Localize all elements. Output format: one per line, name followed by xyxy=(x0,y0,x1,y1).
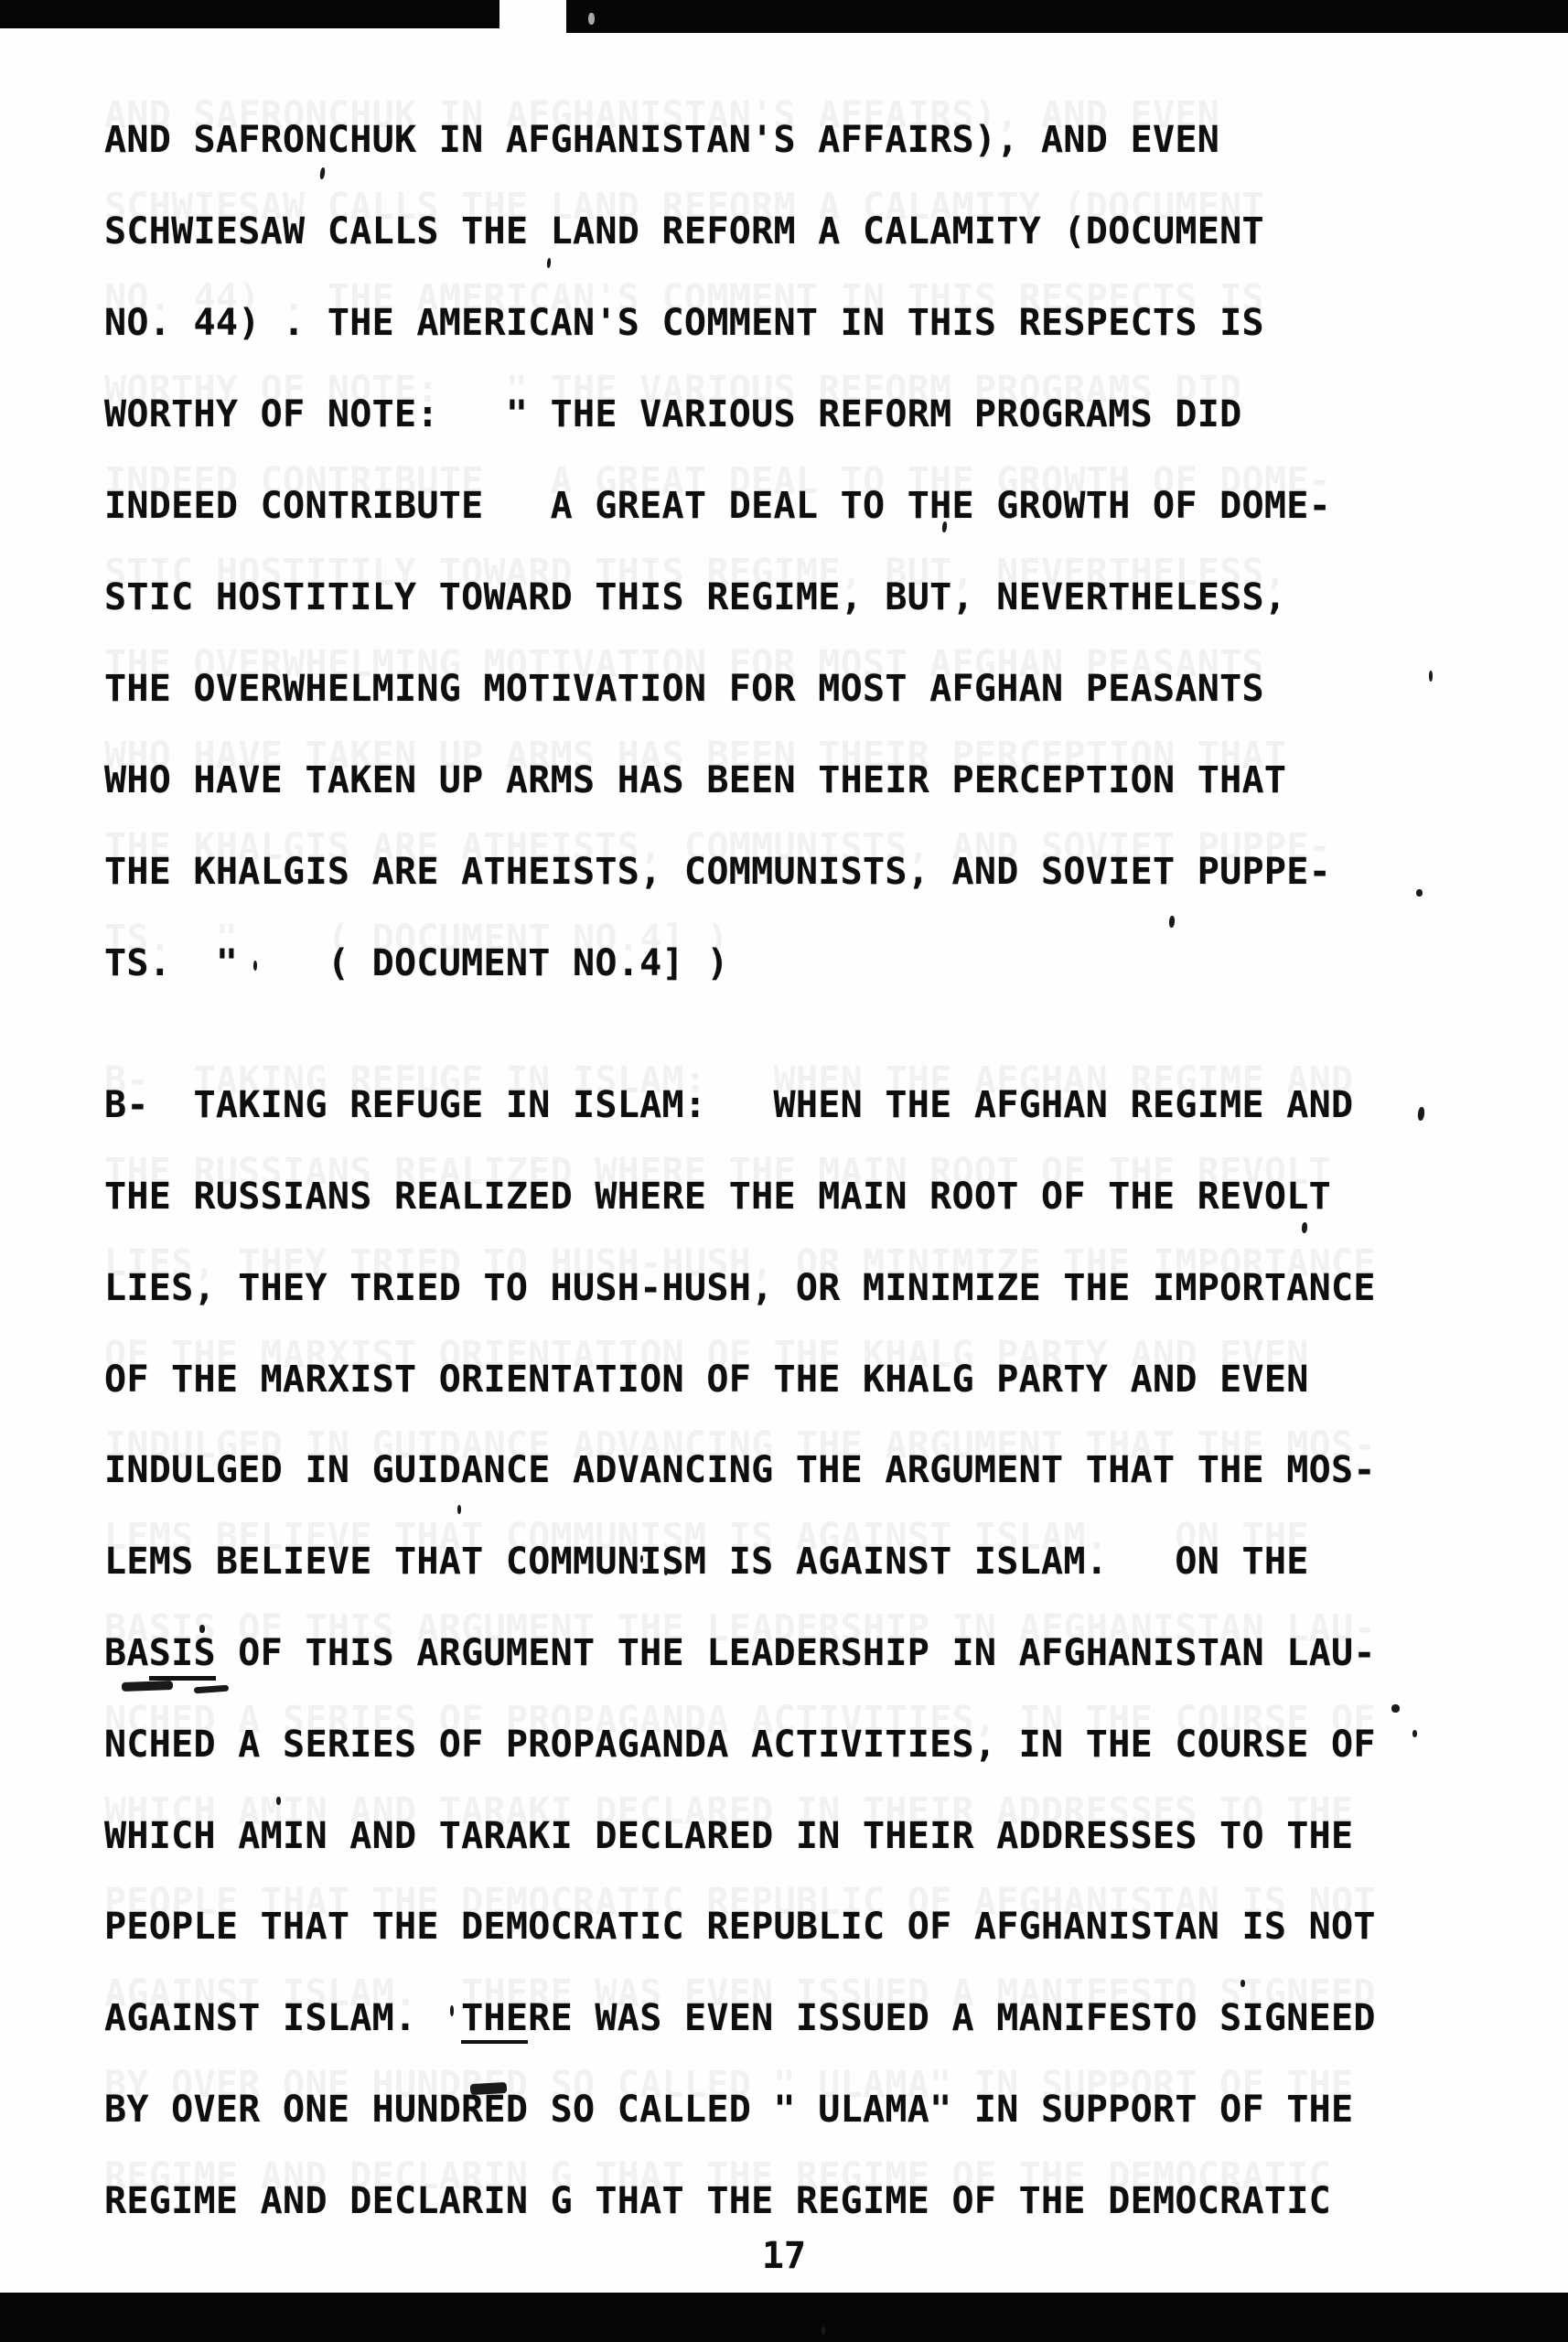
scan-artifact xyxy=(457,1505,461,1514)
text-line: PEOPLE THAT THE DEMOCRATIC REPUBLIC OF A… xyxy=(104,1908,1376,1945)
scan-artifact xyxy=(1416,889,1423,897)
scan-artifact xyxy=(1417,1107,1425,1122)
scan-artifact-underline-smudge xyxy=(470,2082,508,2095)
scan-artifact xyxy=(588,13,595,25)
scan-artifact xyxy=(822,2326,825,2335)
scan-edge-bar-top-left xyxy=(0,0,499,28)
text-line: WORTHY OF NOTE: " THE VARIOUS REFORM PRO… xyxy=(104,396,1241,433)
text-line: THE KHALGIS ARE ATHEISTS, COMMUNISTS, AN… xyxy=(104,854,1331,890)
text-line: AND SAFRONCHUK IN AFGHANISTAN'S AFFAIRS)… xyxy=(104,122,1219,158)
text-line: WHICH AMIN AND TARAKI DECLARED IN THEIR … xyxy=(104,1818,1353,1854)
scan-artifact xyxy=(1412,1730,1417,1737)
text-line: NO. 44) . THE AMERICAN'S COMMENT IN THIS… xyxy=(104,305,1264,341)
scan-artifact xyxy=(319,167,326,180)
scan-artifact xyxy=(253,961,257,971)
page-number: 17 xyxy=(0,2235,1568,2277)
text-line: LIES, THEY TRIED TO HUSH-HUSH, OR MINIMI… xyxy=(104,1270,1376,1306)
scan-artifact-underline-smudge xyxy=(122,1681,173,1692)
text-line: SCHWIESAW CALLS THE LAND REFORM A CALAMI… xyxy=(104,213,1264,250)
underlined-word: SIS xyxy=(149,1632,216,1681)
scan-artifact xyxy=(1240,1980,1245,1987)
text-line: THE OVERWHELMING MOTIVATION FOR MOST AFG… xyxy=(104,671,1264,707)
scanned-document-page: AND SAFRONCHUK IN AFGHANISTAN'S AFFAIRS)… xyxy=(0,0,1568,2342)
text-line: BY OVER ONE HUNDRED SO CALLED " ULAMA" I… xyxy=(104,2091,1353,2128)
text-line: AGAINST ISLAM. THERE WAS EVEN ISSUED A M… xyxy=(104,2000,1376,2036)
text-line: TS. " ( DOCUMENT NO.4] ) xyxy=(104,945,729,982)
scan-artifact xyxy=(1391,1704,1400,1713)
text-line: INDULGED IN GUIDANCE ADVANCING THE ARGUM… xyxy=(104,1452,1376,1488)
underlined-word: THE xyxy=(461,1997,528,2044)
scan-artifact xyxy=(450,2005,454,2016)
scan-edge-bar-bottom xyxy=(0,2293,1568,2342)
scan-edge-bar-top-right xyxy=(566,0,1568,33)
text-line: THE RUSSIANS REALIZED WHERE THE MAIN ROO… xyxy=(104,1178,1331,1215)
scan-artifact xyxy=(276,1797,281,1805)
scan-artifact-underline-smudge xyxy=(194,1685,229,1694)
scan-artifact xyxy=(640,1555,643,1563)
scan-artifact xyxy=(941,521,947,532)
scan-artifact xyxy=(1429,671,1433,682)
scan-artifact xyxy=(199,1625,205,1633)
text-line: LEMS BELIEVE THAT COMMUNISM IS AGAINST I… xyxy=(104,1543,1309,1580)
scan-artifact xyxy=(1169,916,1176,928)
scan-artifact xyxy=(664,1568,668,1575)
text-line-section-b: B- TAKING REFUGE IN ISLAM: WHEN THE AFGH… xyxy=(104,1087,1353,1123)
scan-artifact xyxy=(547,258,552,268)
text-line: REGIME AND DECLARIN G THAT THE REGIME OF… xyxy=(104,2183,1331,2219)
text-line: BASIS OF THIS ARGUMENT THE LEADERSHIP IN… xyxy=(104,1635,1376,1671)
text-line: OF THE MARXIST ORIENTATION OF THE KHALG … xyxy=(104,1361,1309,1398)
text-line: INDEED CONTRIBUTE A GREAT DEAL TO THE GR… xyxy=(104,488,1331,524)
text-line: WHO HAVE TAKEN UP ARMS HAS BEEN THEIR PE… xyxy=(104,762,1286,799)
text-line: NCHED A SERIES OF PROPAGANDA ACTIVITIES,… xyxy=(104,1726,1376,1763)
scan-artifact xyxy=(1302,1222,1308,1233)
text-line: STIC HOSTITILY TOWARD THIS REGIME, BUT, … xyxy=(104,579,1286,616)
